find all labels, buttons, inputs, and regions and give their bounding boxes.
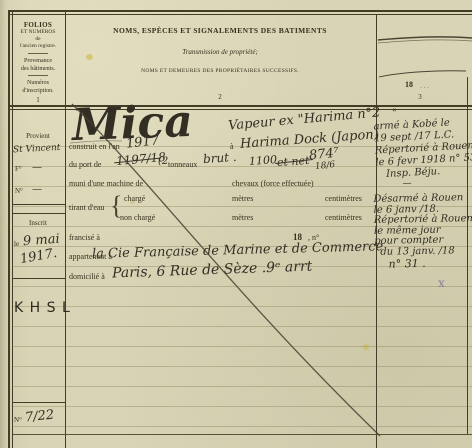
main-header-subtitle: Transmission de propriété; — [70, 48, 370, 56]
centimetres-label-2: centimètres — [325, 213, 362, 222]
annotation-block-armement: armé à Kobé le 19 sept /17 L.C. Répertor… — [373, 117, 470, 190]
port-label: du port de — [69, 160, 101, 169]
non-charge-label: non chargé — [120, 213, 155, 222]
table-border-left — [8, 10, 10, 448]
leftcol-header-inscription: d'inscription. — [12, 88, 64, 94]
table-border-top — [8, 10, 472, 12]
leftcol-header-numeros: ET NUMÉROS — [12, 29, 64, 35]
bottom-numero-label: N° — [14, 416, 22, 424]
tirant-label: tirant d'eau — [69, 203, 104, 212]
annotation-line: n° 31 . — [374, 257, 470, 271]
domicilie-label: domicilié à — [69, 272, 105, 281]
leftcol-rule-d — [13, 402, 65, 403]
folio-label: F° — [15, 165, 22, 173]
table-border-top-inner — [8, 14, 472, 15]
leftcol-rule-a — [13, 204, 65, 205]
inscrit-le-label: le — [14, 240, 19, 248]
leftcol-number: 1 — [12, 96, 64, 104]
signal-letters: K H S L — [14, 300, 71, 316]
rightcol-year-dots: . . . — [420, 82, 429, 90]
inscrit-label: Inscrit — [12, 219, 64, 227]
leftcol-rule-c — [13, 278, 65, 279]
annotation-ditto-mark: " — [392, 108, 397, 119]
rightcol-year-prefix: 18 — [405, 80, 413, 89]
charge-label: chargé — [124, 194, 145, 203]
leftcol-header-rule2 — [28, 75, 48, 76]
main-header-subtitle2: NOMS ET DEMEURES DES PROPRIÉTAIRES SUCCE… — [70, 68, 370, 74]
leftcol-header-rule1 — [28, 53, 48, 54]
leftcol-rule-b — [13, 213, 65, 214]
numero-label: N° — [15, 187, 23, 195]
metres-label-2: mètres — [232, 213, 253, 222]
table-border-bottom — [13, 434, 472, 435]
construit-label: construit en l'an — [69, 142, 120, 151]
numero-value: — — [32, 184, 42, 195]
annotation-x-mark: x — [438, 276, 445, 290]
main-header-title: NOMS, ESPÈCES ET SIGNALEMENTS DES BATIME… — [70, 26, 370, 35]
rightcol-number: 3 — [378, 93, 462, 101]
tonneaux-label: tonneaux — [168, 160, 197, 169]
registry-page: FOLIOS ET NUMÉROS de l'ancien registre. … — [0, 0, 472, 448]
metres-label-1: mètres — [232, 194, 253, 203]
port-after-value: (2 — [158, 156, 168, 167]
machine-label: muni d'une machine de — [69, 179, 143, 188]
provient-label: Provient — [12, 132, 64, 140]
leftcol-header-de: de — [12, 36, 64, 42]
tonnage-net-fraction: 18/6 — [315, 160, 336, 172]
leftcol-header-numeros2: Numéros — [12, 80, 64, 86]
leftcol-header-folios: FOLIOS — [12, 21, 64, 29]
tonnage-mid-value: 1100 — [249, 153, 278, 168]
bottom-numero-value: 7/22 — [24, 408, 55, 426]
centimetres-label-1: centimètres — [325, 194, 362, 203]
annotation-block-desarmement: Désarmé à Rouen le 6 janv /18. Répertori… — [373, 193, 470, 270]
leftcol-header-batiments: des bâtiments. — [12, 66, 64, 72]
folio-value: — — [32, 162, 42, 173]
tonnage-brut-value: brut . — [203, 150, 238, 166]
leftcol-header-provenance: Provenance — [12, 58, 64, 64]
francise-label: francisé à — [69, 233, 100, 242]
leftcol-header-registre: l'ancien registre. — [12, 43, 64, 49]
chevaux-label: chevaux (force effectuée) — [232, 179, 314, 188]
